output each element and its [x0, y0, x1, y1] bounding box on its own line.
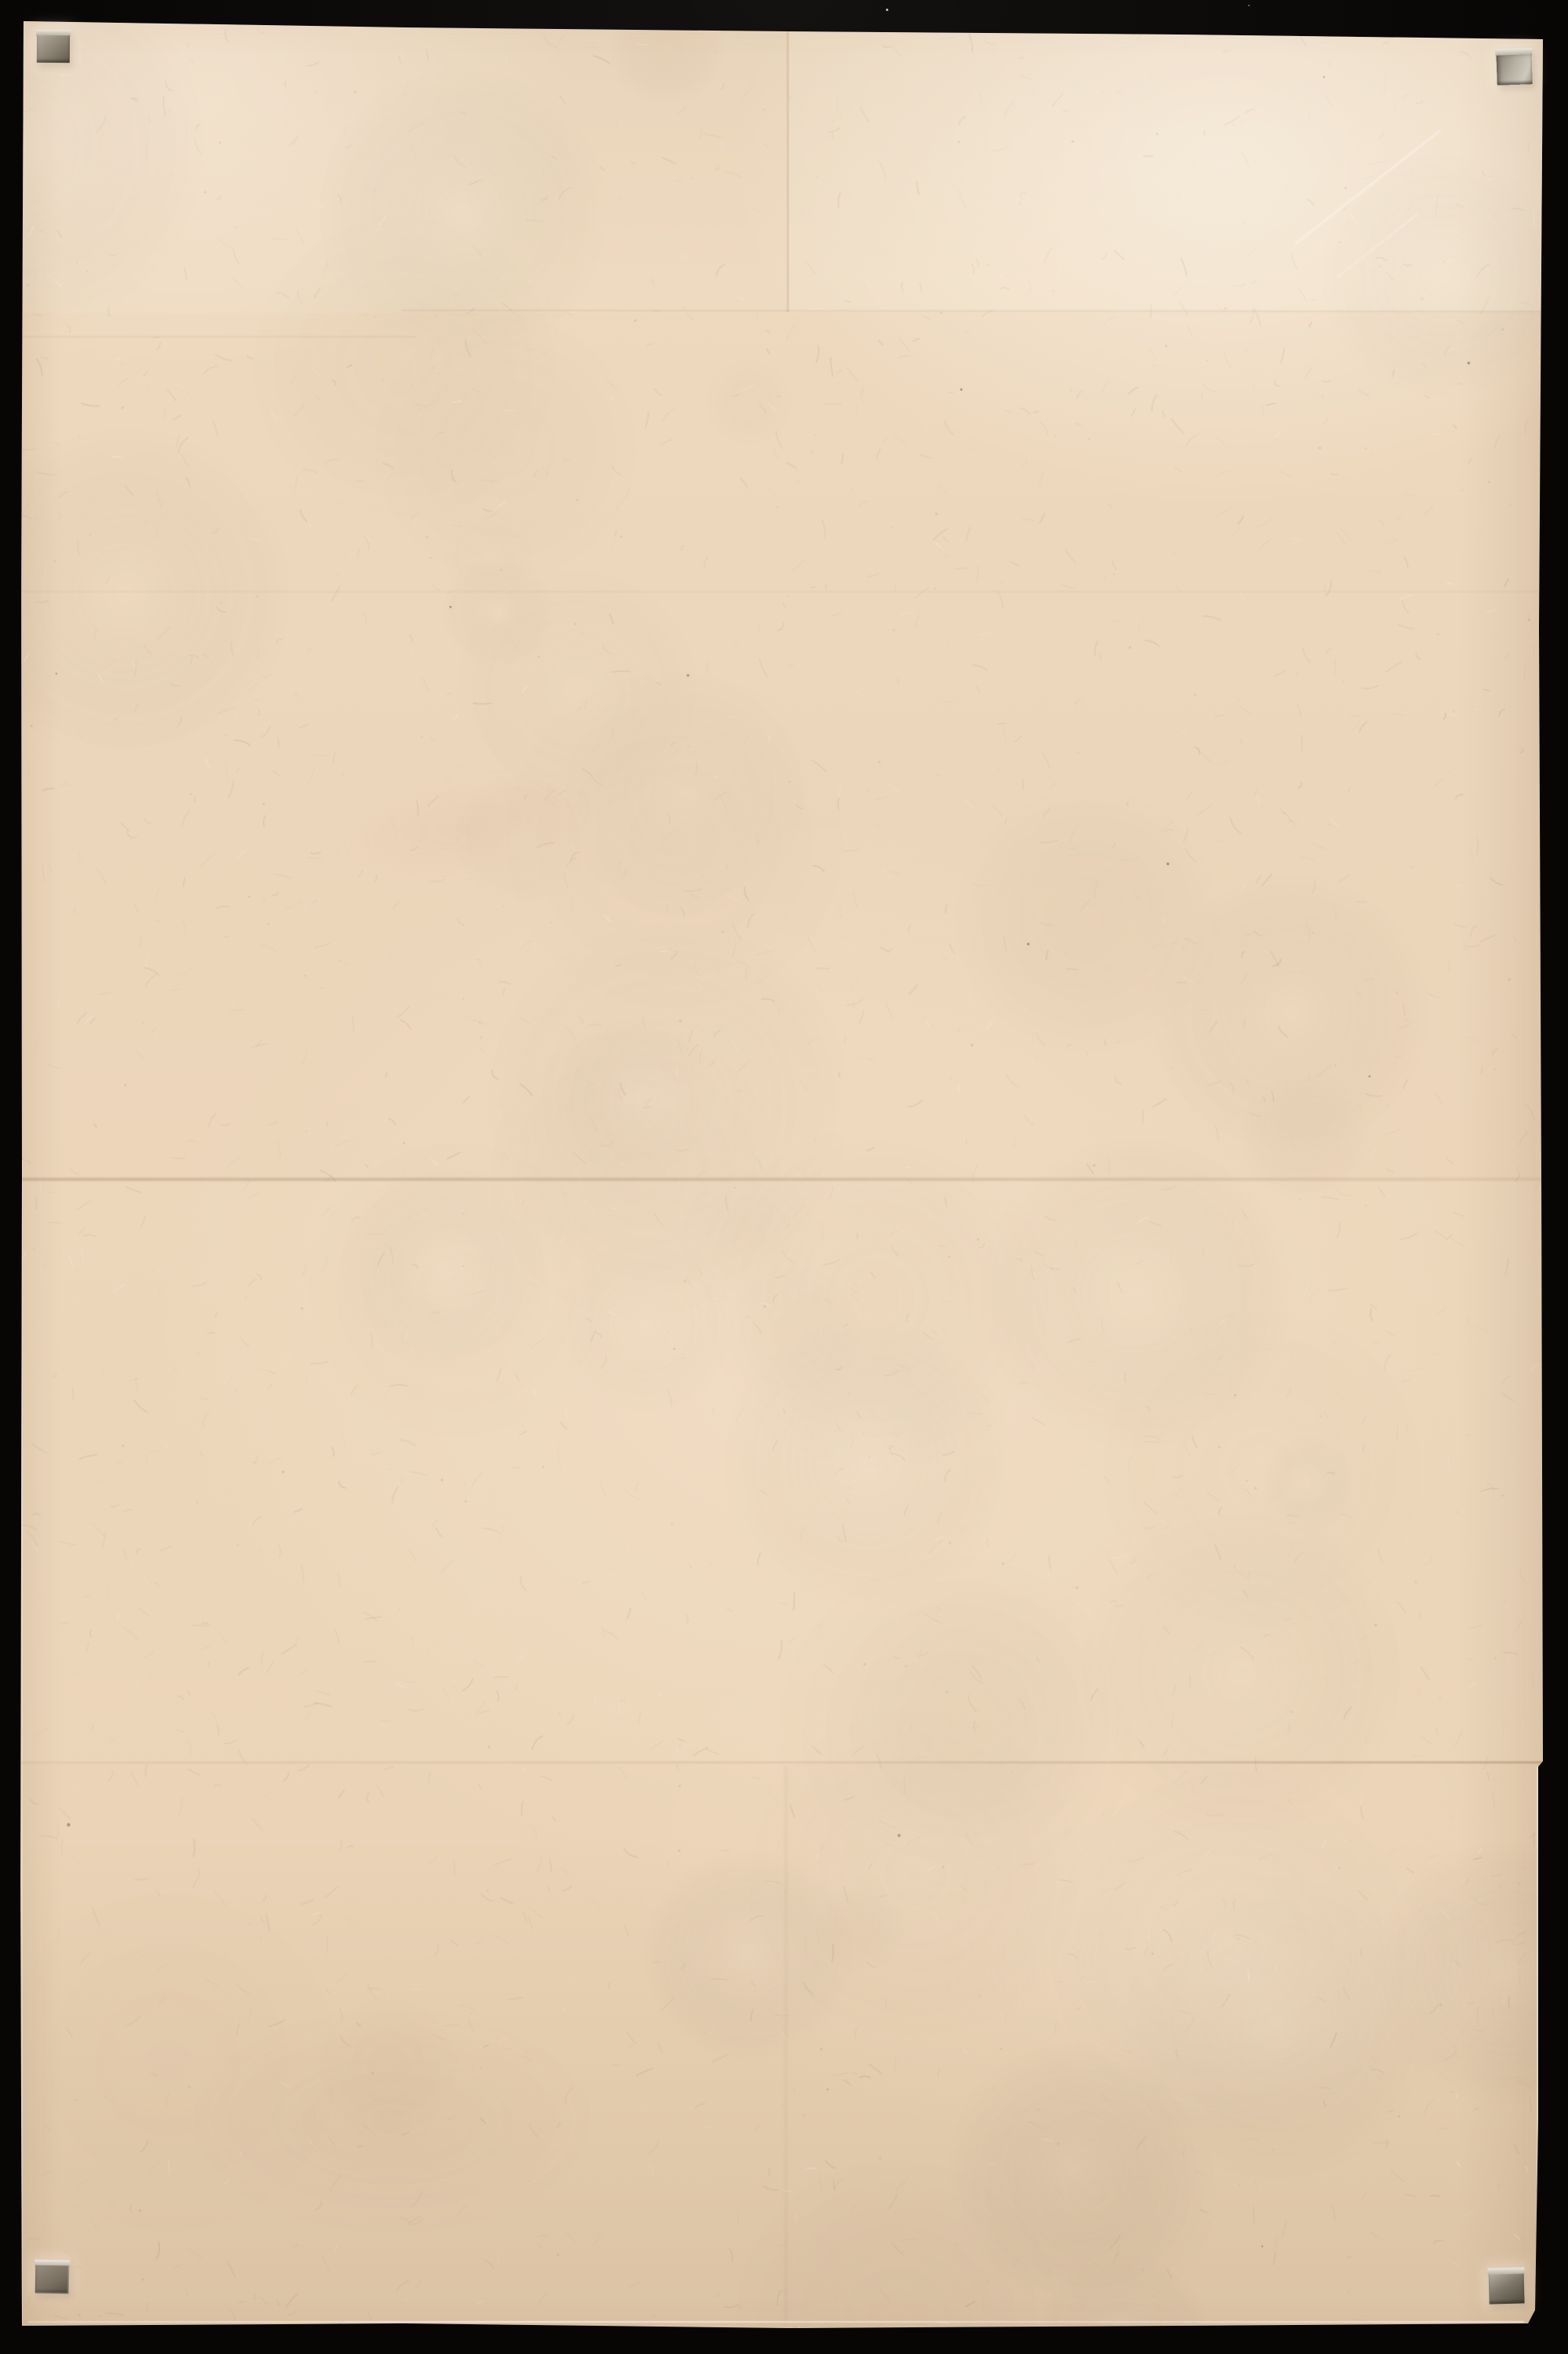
pin-front-face — [1496, 54, 1532, 85]
poster-paper-back — [0, 0, 1568, 2354]
dust-speck — [1248, 5, 1250, 6]
paper-texture-canvas — [0, 0, 1568, 2354]
photo-stage — [0, 0, 1568, 2354]
pin-bottom-left — [35, 2260, 70, 2294]
pin-top-left — [37, 30, 70, 63]
pin-front-face — [1489, 2273, 1525, 2304]
pin-top-right — [1496, 48, 1533, 85]
pin-front-face — [37, 35, 70, 63]
pin-front-face — [35, 2265, 70, 2294]
dust-speck — [886, 9, 888, 11]
pin-bottom-right — [1488, 2267, 1524, 2304]
